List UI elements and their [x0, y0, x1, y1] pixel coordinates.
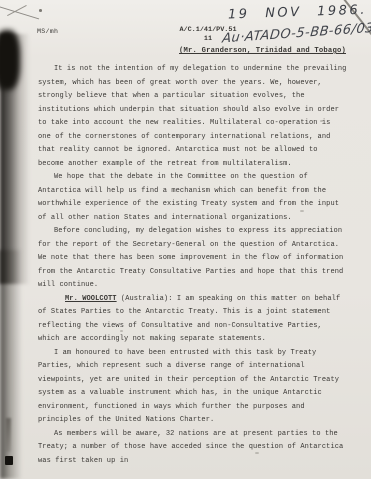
paragraph-1: It is not the intention of my delegation… — [38, 63, 347, 171]
document-number: A/C.1/41/PV.51 — [163, 26, 253, 35]
pencil-dot-icon — [39, 9, 42, 12]
document-body: It is not the intention of my delegation… — [38, 63, 347, 468]
document-header: A/C.1/41/PV.51 11 — [163, 26, 253, 43]
scan-smudge-streak — [6, 418, 11, 452]
speaker-name: Mr. WOOLCOTT — [65, 295, 117, 303]
handwritten-date-stamp: 19 NOV 1986. — [228, 3, 368, 23]
paragraph-2: We hope that the debate in the Committee… — [38, 171, 347, 225]
page-number: 11 — [163, 35, 253, 44]
paragraph-6: As members will be aware, 32 nations are… — [38, 428, 347, 469]
scan-smudge-mark — [5, 456, 13, 465]
paragraph-4: Mr. WOOLCOTT (Australia): I am speaking … — [38, 293, 347, 347]
paragraph-5: I am honoured to have been entrusted wit… — [38, 347, 347, 428]
scan-corner-blot — [0, 30, 20, 90]
scan-edge-shadow-lower — [0, 250, 22, 479]
paragraph-3: Before concluding, my delegation wishes … — [38, 225, 347, 293]
typist-initials: MS/mh — [37, 28, 58, 35]
speaker-attribution: (Mr. Granderson, Trinidad and Tobago) — [179, 47, 346, 55]
scanned-document-page: 19 NOV 1986. Au·ATADO-5-BB-66/03 MS/mh A… — [0, 0, 371, 479]
